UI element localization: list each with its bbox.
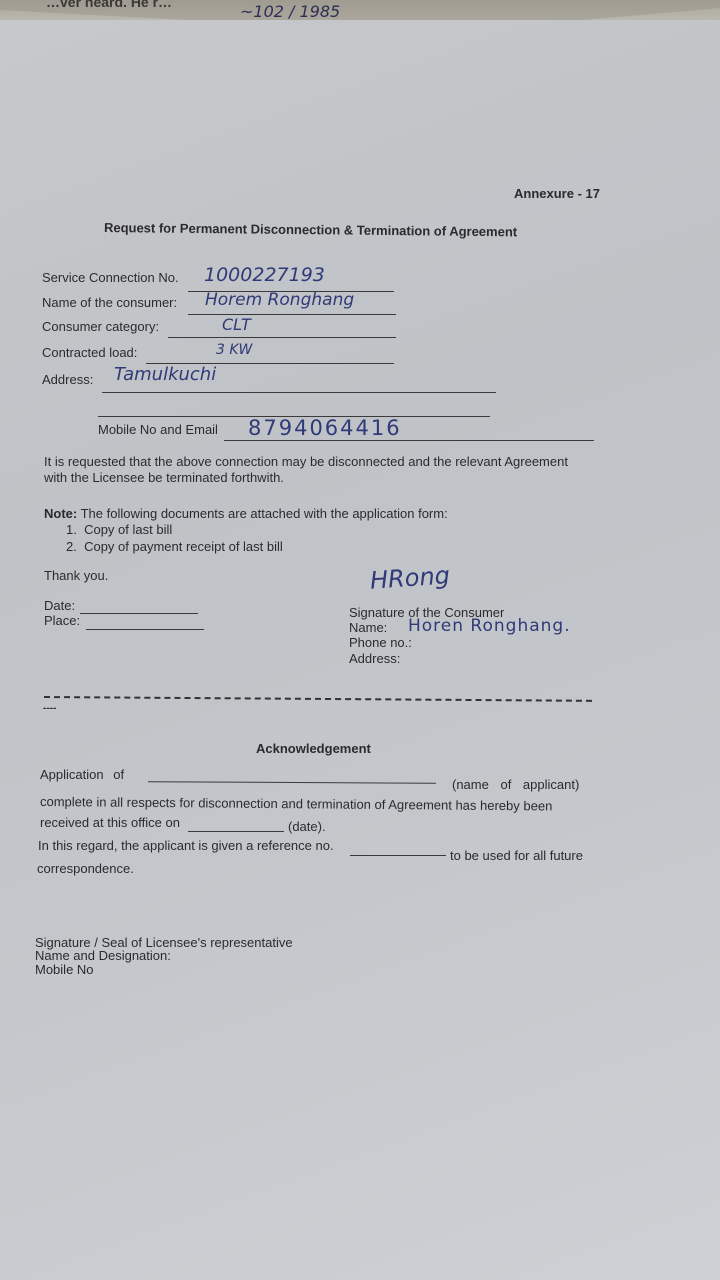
signature-address-label: Address: bbox=[349, 651, 400, 666]
signature-phone-label: Phone no.: bbox=[349, 635, 412, 650]
mobile-email-value[interactable]: 8794064416 bbox=[248, 416, 402, 440]
licensee-name-designation: Name and Designation: bbox=[35, 948, 171, 963]
note: Note: The following documents are attach… bbox=[44, 506, 448, 521]
service-connection-value[interactable]: 1000227193 bbox=[204, 264, 325, 286]
annexure-label: Annexure - 17 bbox=[514, 186, 600, 201]
mobile-email-label: Mobile No and Email bbox=[98, 422, 218, 437]
attachments-list: 1. Copy of last bill 2. Copy of payment … bbox=[66, 522, 283, 556]
form-page: Annexure - 17 Request for Permanent Disc… bbox=[0, 20, 720, 1280]
request-text-line-2: with the Licensee be terminated forthwit… bbox=[44, 470, 284, 485]
mobile-email-line bbox=[224, 440, 594, 441]
consumer-signature: HRong bbox=[369, 561, 451, 595]
consumer-name-value[interactable]: Horem Ronghang bbox=[205, 290, 354, 310]
date-label: Date: bbox=[44, 598, 75, 613]
separator-tail: ---- bbox=[43, 703, 56, 714]
underlying-handwritten-ref: ~102 / 1985 bbox=[240, 2, 340, 21]
note-label: Note: bbox=[44, 506, 77, 521]
contracted-load-label: Contracted load: bbox=[42, 345, 137, 360]
consumer-category-line bbox=[168, 337, 396, 338]
note-text: The following documents are attached wit… bbox=[81, 506, 448, 521]
ack-name-of-applicant: (name of applicant) bbox=[452, 777, 579, 792]
address-line-1 bbox=[102, 392, 496, 393]
ack-received-at: received at this office on bbox=[40, 815, 180, 830]
ack-future-text: to be used for all future bbox=[450, 848, 583, 863]
address-value[interactable]: Tamulkuchi bbox=[114, 364, 216, 385]
underlying-page-text: …ver heard. He r… bbox=[46, 0, 172, 10]
ack-reference-line[interactable] bbox=[350, 855, 446, 856]
licensee-mobile: Mobile No bbox=[35, 962, 94, 977]
ack-date-paren: (date). bbox=[288, 819, 326, 834]
date-line[interactable] bbox=[80, 613, 198, 614]
thank-you: Thank you. bbox=[44, 568, 108, 583]
place-line[interactable] bbox=[86, 629, 204, 630]
request-text-line-1: It is requested that the above connectio… bbox=[44, 454, 568, 469]
ack-correspondence: correspondence. bbox=[37, 861, 134, 876]
ack-application-of: Application of bbox=[40, 767, 124, 782]
ack-line-2: complete in all respects for disconnecti… bbox=[40, 794, 552, 813]
attachment-item: 1. Copy of last bill bbox=[66, 522, 283, 539]
acknowledgement-title: Acknowledgement bbox=[256, 741, 371, 756]
place-label: Place: bbox=[44, 613, 80, 628]
address-label: Address: bbox=[42, 372, 93, 387]
signature-name-value[interactable]: Horen Ronghang. bbox=[408, 616, 571, 636]
ack-date-line[interactable] bbox=[188, 831, 284, 832]
consumer-name-line bbox=[188, 314, 396, 315]
attachment-item: 2. Copy of payment receipt of last bill bbox=[66, 539, 283, 556]
ack-regard-text: In this regard, the applicant is given a… bbox=[38, 838, 334, 853]
consumer-name-label: Name of the consumer: bbox=[42, 295, 177, 310]
contracted-load-value[interactable]: 3 KW bbox=[216, 342, 252, 358]
consumer-category-value[interactable]: CLT bbox=[222, 315, 251, 334]
signature-name-label: Name: bbox=[349, 620, 387, 635]
ack-applicant-name-line[interactable] bbox=[148, 781, 436, 784]
consumer-category-label: Consumer category: bbox=[42, 319, 159, 334]
cut-separator bbox=[44, 696, 592, 702]
form-title: Request for Permanent Disconnection & Te… bbox=[104, 220, 517, 239]
service-connection-label: Service Connection No. bbox=[42, 270, 179, 285]
